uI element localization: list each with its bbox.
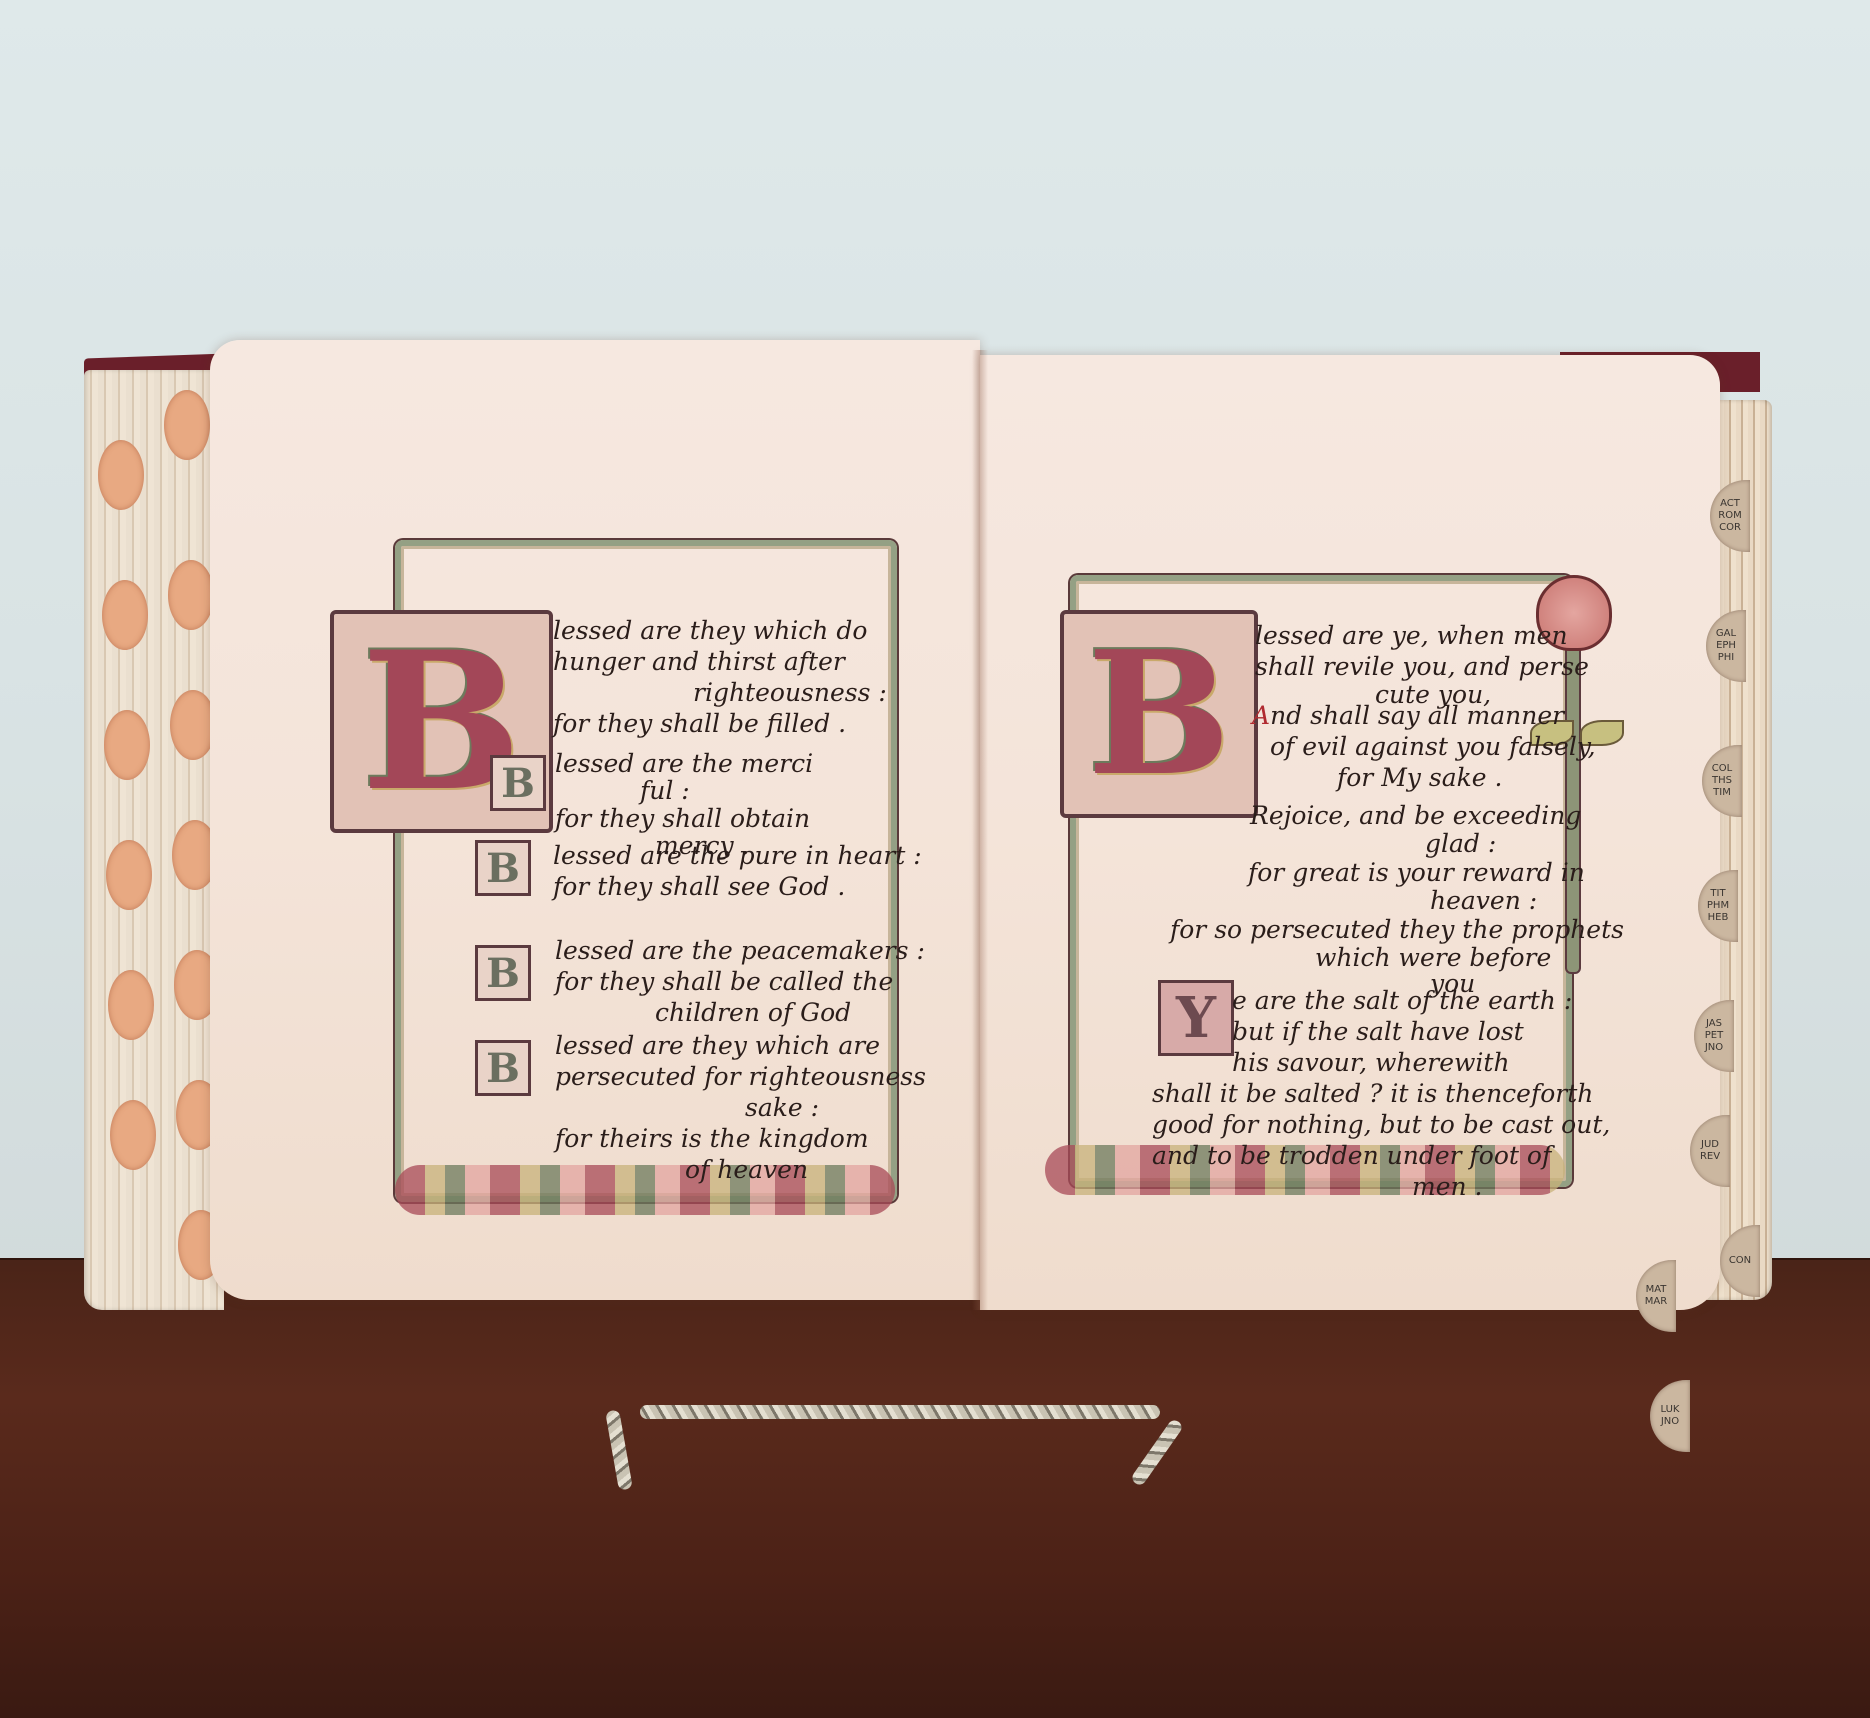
- verse-block: And shall say all mannerof evil against …: [1252, 700, 1596, 793]
- thumb-index-cutout: [164, 390, 210, 460]
- verse-block: lessed are the peacemakers :for they sha…: [555, 935, 925, 1028]
- thumb-index-cutout: [168, 560, 214, 630]
- twisted-wire-stand-bar: [640, 1405, 1160, 1419]
- thumb-index-cutout: [106, 840, 152, 910]
- wood-table: [0, 1260, 1870, 1718]
- thumb-index-cutout: [102, 580, 148, 650]
- verse-block: Rejoice, and be exceedingglad :for great…: [1250, 800, 1624, 997]
- verse-block: lessed are ye, when menshall revile you,…: [1255, 620, 1589, 708]
- small-initial: B: [475, 945, 531, 1001]
- small-initial: B: [475, 840, 531, 896]
- verse-block: lessed are they which dohunger and thirs…: [553, 615, 887, 739]
- small-initial: B: [490, 755, 546, 811]
- thumb-index-cutout: [108, 970, 154, 1040]
- verse-block: lessed are the pure in heart :for they s…: [553, 840, 922, 902]
- verse-block: lessed are they which arepersecuted for …: [555, 1030, 926, 1185]
- thumb-index-cutout: [104, 710, 150, 780]
- illuminated-initial-y: Y: [1158, 980, 1234, 1056]
- rubric-letter: A: [1252, 701, 1270, 730]
- thumb-index-cutout: [98, 440, 144, 510]
- thumb-index-cutout: [110, 1100, 156, 1170]
- small-initial: B: [475, 1040, 531, 1096]
- illuminated-initial-right: B: [1060, 610, 1258, 818]
- page-edges-left: [84, 370, 224, 1310]
- verse-block: e are the salt of the earth :but if the …: [1232, 985, 1610, 1202]
- book-gutter: [972, 350, 988, 1310]
